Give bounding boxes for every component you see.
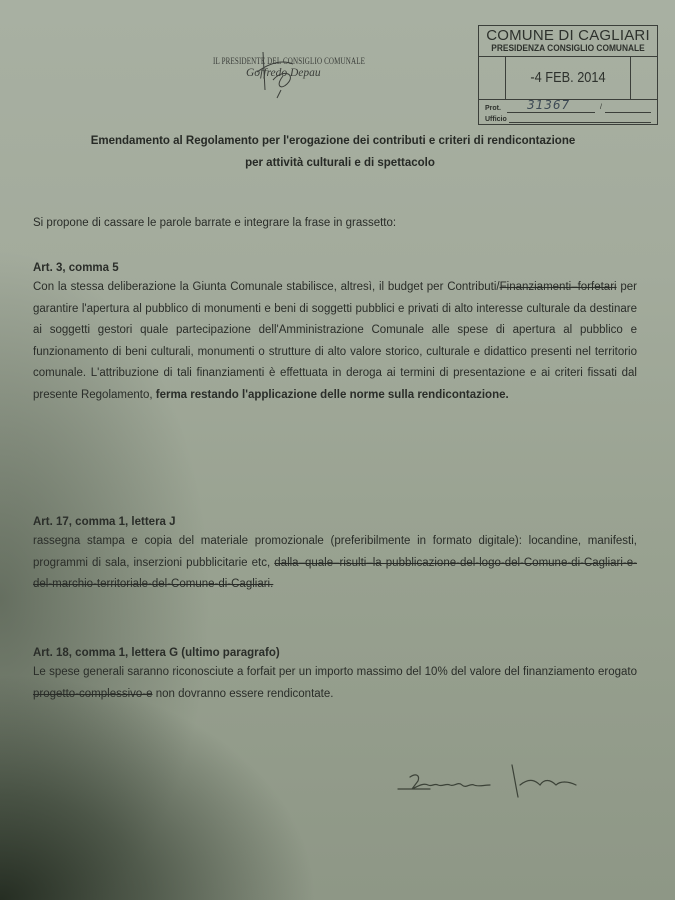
prot-number: 31367 — [527, 98, 570, 112]
president-stamp: IL PRESIDENTE DEL CONSIGLIO COMUNALE Gof… — [213, 50, 373, 98]
article-text: Con la stessa deliberazione la Giunta Co… — [33, 281, 500, 293]
ufficio-line — [509, 122, 651, 123]
bold-inserted-text: ferma restando l'applicazione delle norm… — [156, 389, 509, 401]
article-body: Le spese generali saranno riconosciute a… — [33, 662, 637, 705]
article-body: rassegna stampa e copia del materiale pr… — [33, 531, 637, 596]
article-text: per garantire l'apertura al pubblico di … — [33, 281, 637, 401]
prot-line-2 — [605, 112, 651, 113]
ufficio-label: Ufficio — [485, 116, 507, 123]
title-line-2: per attività culturali e di spettacolo — [30, 152, 650, 174]
document-page: COMUNE DI CAGLIARI PRESIDENZA CONSIGLIO … — [0, 0, 675, 900]
prot-line — [507, 112, 595, 113]
stamp-cell-left — [479, 57, 506, 99]
struck-text: Finanziamenti–forfetari — [500, 281, 617, 293]
stamp-subtitle: PRESIDENZA CONSIGLIO COMUNALE — [490, 44, 647, 54]
stamp-date-row: -4 FEB. 2014 — [479, 57, 657, 100]
protocol-stamp: COMUNE DI CAGLIARI PRESIDENZA CONSIGLIO … — [478, 25, 658, 125]
document-title: Emendamento al Regolamento per l'erogazi… — [30, 130, 650, 174]
stamp-title: COMUNE DI CAGLIARI — [479, 26, 657, 43]
article-body: Con la stessa deliberazione la Giunta Co… — [33, 277, 637, 407]
stamp-date: -4 FEB. 2014 — [515, 57, 620, 99]
prot-label: Prot. — [485, 105, 501, 112]
stamp-header: COMUNE DI CAGLIARI PRESIDENZA CONSIGLIO … — [479, 26, 657, 57]
article-text: Le spese generali saranno riconosciute a… — [33, 666, 637, 678]
stamp-footer: Prot. 31367 / Ufficio — [479, 100, 657, 126]
article-3: Art. 3, comma 5 Con la stessa deliberazi… — [33, 262, 637, 407]
article-heading: Art. 17, comma 1, lettera J — [33, 516, 637, 528]
president-signature-icon — [253, 50, 313, 100]
article-18: Art. 18, comma 1, lettera G (ultimo para… — [33, 647, 637, 705]
article-text: non dovranno essere rendicontate. — [153, 688, 334, 700]
article-17: Art. 17, comma 1, lettera J rassegna sta… — [33, 516, 637, 596]
intro-text: Si propone di cassare le parole barrate … — [33, 217, 396, 229]
handwritten-signature-icon — [390, 755, 640, 805]
prot-separator: / — [600, 104, 602, 111]
struck-text: progetto-complessivo-e — [33, 688, 153, 700]
title-line-1: Emendamento al Regolamento per l'erogazi… — [16, 130, 650, 152]
article-heading: Art. 3, comma 5 — [33, 262, 637, 274]
article-heading: Art. 18, comma 1, lettera G (ultimo para… — [33, 647, 637, 659]
stamp-cell-right — [630, 57, 657, 99]
